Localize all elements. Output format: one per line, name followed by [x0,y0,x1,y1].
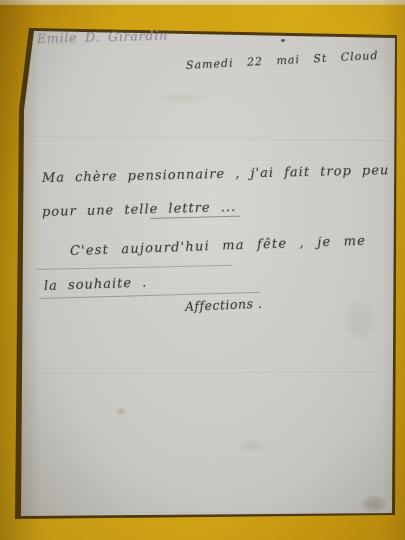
letter-dateline: Samedi 22 mai St Cloud [186,49,379,72]
letter-closing-signature: Affections . [185,296,263,314]
letter-body-line-1: Ma chère pensionnaire , j'ai fait trop p… [42,163,390,186]
letter-body-line-3: C'est aujourd'hui ma fête , je me [70,234,367,259]
collector-pencil-note: Emile D. Girardin [37,28,168,46]
handwriting-layer: Emile D. Girardin Samedi 22 mai St Cloud… [0,0,405,540]
photo-of-handwritten-letter: Emile D. Girardin Samedi 22 mai St Cloud… [0,0,405,540]
pen-underline [36,265,232,270]
letter-body-line-4: la souhaite . [44,275,148,294]
